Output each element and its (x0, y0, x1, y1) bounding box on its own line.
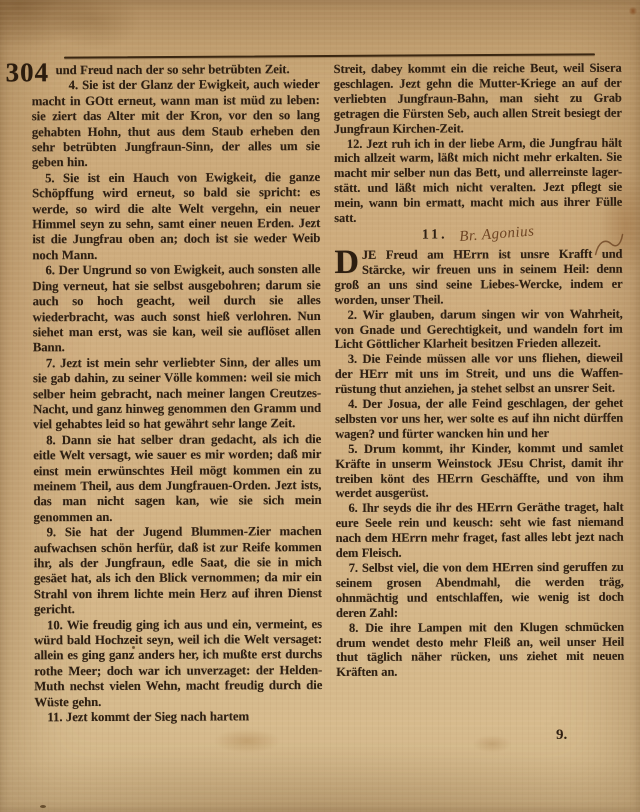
book-page-scan: 304 und Freud nach der so sehr betrübten… (0, 0, 640, 812)
verse-paragraph: 4. Der Josua, der alle Feind geschlagen,… (335, 396, 623, 442)
verse-text: 3. Die Feinde müssen alle vor uns fliehe… (335, 351, 623, 396)
verse-text: 4. Sie ist der Glanz der Ewigkeit, auch … (32, 77, 320, 169)
verse-text: 7. Jezt ist mein sehr verliebter Sinn, d… (33, 355, 321, 432)
verse-paragraph: 8. Dann sie hat selber dran gedacht, als… (33, 432, 321, 526)
verse-text: 4. Der Josua, der alle Feind geschlagen,… (335, 396, 623, 441)
signature-mark: 9. (556, 727, 567, 744)
verse-paragraph: 3. Die Feinde müssen alle vor uns fliehe… (335, 351, 623, 397)
handwritten-annotation: Br. Agonius (459, 223, 535, 246)
verse-text: 2. Wir glauben, darum singen wir von Wah… (335, 306, 623, 351)
ink-speck (40, 805, 46, 808)
verse-paragraph: 7. Jezt ist mein sehr verliebter Sinn, d… (33, 355, 321, 433)
verse-text: 5. Drum kommt, ihr Kinder, kommt und sam… (335, 440, 623, 500)
verse-paragraph: 5. Drum kommt, ihr Kinder, kommt und sam… (335, 440, 623, 501)
verse-paragraph: 5. Sie ist ein Hauch von Ewigkeit, die g… (32, 170, 320, 264)
drop-cap-initial: D (334, 249, 359, 277)
verse-text: 6. Ihr seyds die ihr des HErrn Geräthe t… (336, 500, 624, 560)
verse-text: 5. Sie ist ein Hauch von Ewigkeit, die g… (32, 170, 320, 262)
verse-paragraph: 12. Jezt ruh ich in der liebe Arm, die J… (334, 135, 622, 226)
header-rule (64, 53, 595, 58)
verse-paragraph: 9. Sie hat der Jugend Blummen-Zier mache… (34, 524, 322, 618)
verse-paragraph: 6. Der Ungrund so von Ewigkeit, auch son… (32, 262, 320, 356)
verse-paragraph: 4. Sie ist der Glanz der Ewigkeit, auch … (32, 77, 320, 171)
verse-text: 6. Der Ungrund so von Ewigkeit, auch son… (32, 262, 320, 354)
left-text-column: 304 und Freud nach der so sehr betrübten… (32, 62, 323, 726)
right-paragraph-list-top: Streit, dabey kommt ein die reiche Beut,… (334, 61, 623, 226)
right-text-column: Streit, dabey kommt ein die reiche Beut,… (334, 61, 625, 725)
text-block: 304 und Freud nach der so sehr betrübten… (32, 61, 625, 726)
verse-text: JE Freud am HErrn ist unsre Krafft und S… (334, 247, 622, 307)
verse-text: 8. Die ihre Lampen mit den Klugen schmüc… (336, 619, 624, 679)
verse-text: 12. Jezt ruh ich in der liebe Arm, die J… (334, 135, 622, 225)
verse-paragraph: 6. Ihr seyds die ihr des HErrn Geräthe t… (335, 500, 623, 561)
verse-text: 11. Jezt kommt der Sieg nach hartem (47, 709, 249, 724)
page-number: 304 (6, 63, 56, 79)
hymn-number: 11. (422, 227, 448, 243)
verse-paragraph: 2. Wir glauben, darum singen wir von Wah… (335, 306, 623, 352)
hymn-header: 11. Br. Agonius (334, 226, 622, 247)
verse-paragraph: 8. Die ihre Lampen mit den Klugen schmüc… (336, 619, 624, 680)
verse-text: 9. Sie hat der Jugend Blummen-Zier mache… (34, 524, 322, 616)
verse-text: 10. Wie freudig ging ich aus und ein, ve… (34, 617, 322, 709)
verse-paragraph: 7. Selbst viel, die von dem HErren sind … (336, 560, 624, 621)
verse-text: 8. Dann sie hat selber dran gedacht, als… (33, 432, 321, 524)
verse-text: 7. Selbst viel, die von dem HErren sind … (336, 560, 624, 620)
verse-paragraph: DJE Freud am HErrn ist unsre Krafft und … (334, 247, 622, 308)
verse-paragraph: Streit, dabey kommt ein die reiche Beut,… (334, 61, 622, 137)
verse-text: Streit, dabey kommt ein die reiche Beut,… (334, 61, 622, 136)
verse-paragraph: und Freud nach der so sehr betrübten Zei… (32, 62, 320, 79)
verse-paragraph: 10. Wie freudig ging ich aus und ein, ve… (34, 617, 322, 711)
verse-text: und Freud nach der so sehr betrübten Zei… (56, 62, 290, 77)
verse-paragraph: 11. Jezt kommt der Sieg nach hartem (34, 709, 322, 726)
left-paragraph-list: und Freud nach der so sehr betrübten Zei… (32, 62, 323, 726)
right-paragraph-list-bottom: DJE Freud am HErrn ist unsre Krafft und … (334, 247, 624, 681)
